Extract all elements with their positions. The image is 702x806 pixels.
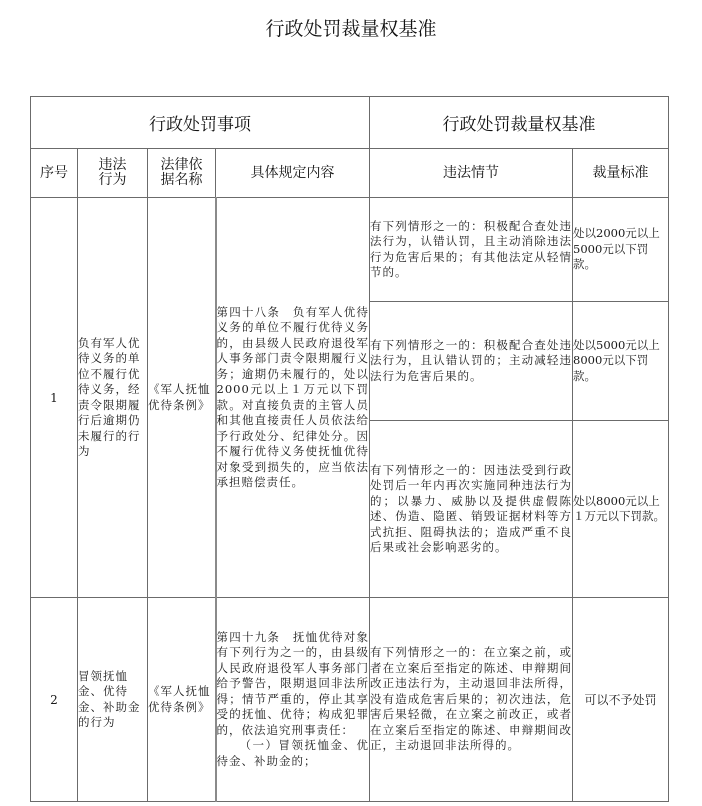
row-penalty: 可以不予处罚 (573, 598, 669, 802)
table-row: 2 冒领抚恤金、优待金、补助金的行为 《军人抚恤优待条例》 第四十九条 抚恤优待… (31, 598, 669, 802)
col-header-seq: 序号 (31, 149, 78, 198)
row-seq: 2 (31, 598, 78, 802)
row-circumstances: 有下列情形之一的：因违法受到行政处罚后一年内再次实施同种违法行为的；以暴力、威胁… (370, 421, 573, 598)
col-header-provision: 具体规定内容 (216, 149, 370, 198)
row-seq: 1 (31, 198, 78, 598)
col-header-penalty: 裁量标准 (573, 149, 669, 198)
row-circumstances: 有下列情形之一的：积极配合查处违法行为，且认错认罚的；主动减轻违法行为危害后果的… (370, 302, 573, 421)
row-circumstances: 有下列情形之一的：积极配合查处违法行为，认错认罚，且主动消除违法行为危害后果的；… (370, 198, 573, 302)
provision-main-text: 第四十九条 抚恤优待对象有下列行为之一的，由县级人民政府退役军人事务部门给予警告… (217, 630, 370, 737)
table-row: 1 负有军人优待义务的单位不履行优待义务，经责令限期履行后逾期仍未履行的行为 《… (31, 198, 669, 302)
row-penalty: 处以2000元以上5000元以下罚款。 (573, 198, 669, 302)
column-header-row: 序号 违法行为 法律依据名称 具体规定内容 违法情节 裁量标准 (31, 149, 669, 198)
col-header-circumstances: 违法情节 (370, 149, 573, 198)
row-provision: 第四十九条 抚恤优待对象有下列行为之一的，由县级人民政府退役军人事务部门给予警告… (216, 598, 370, 802)
col-header-legal-basis: 法律依据名称 (148, 149, 216, 198)
row-circumstances: 有下列情形之一的：在立案之前，或者在立案后至指定的陈述、申辩期间改正违法行为，主… (370, 598, 573, 802)
row-violation: 负有军人优待义务的单位不履行优待义务，经责令限期履行后逾期仍未履行的行为 (78, 198, 148, 598)
group-header-row: 行政处罚事项 行政处罚裁量权基准 (31, 97, 669, 149)
row-penalty: 处以8000元以上１万元以下罚款。 (573, 421, 669, 598)
group-header-discretion-standard: 行政处罚裁量权基准 (370, 97, 669, 149)
group-header-penalty-items: 行政处罚事项 (31, 97, 370, 149)
row-provision: 第四十八条 负有军人优待义务的单位不履行优待义务的，由县级人民政府退役军人事务部… (216, 198, 370, 598)
col-header-violation: 违法行为 (78, 149, 148, 198)
row-legal-basis: 《军人抚恤优待条例》 (148, 598, 216, 802)
page-title: 行政处罚裁量权基准 (0, 14, 702, 41)
row-legal-basis: 《军人抚恤优待条例》 (148, 198, 216, 598)
discretion-standard-table: 行政处罚事项 行政处罚裁量权基准 序号 违法行为 法律依据名称 具体规定内容 违… (30, 96, 669, 802)
row-violation: 冒领抚恤金、优待金、补助金的行为 (78, 598, 148, 802)
row-penalty: 处以5000元以上8000元以下罚款。 (573, 302, 669, 421)
provision-item-text: （一）冒领抚恤金、优待金、补助金的； (217, 738, 370, 769)
